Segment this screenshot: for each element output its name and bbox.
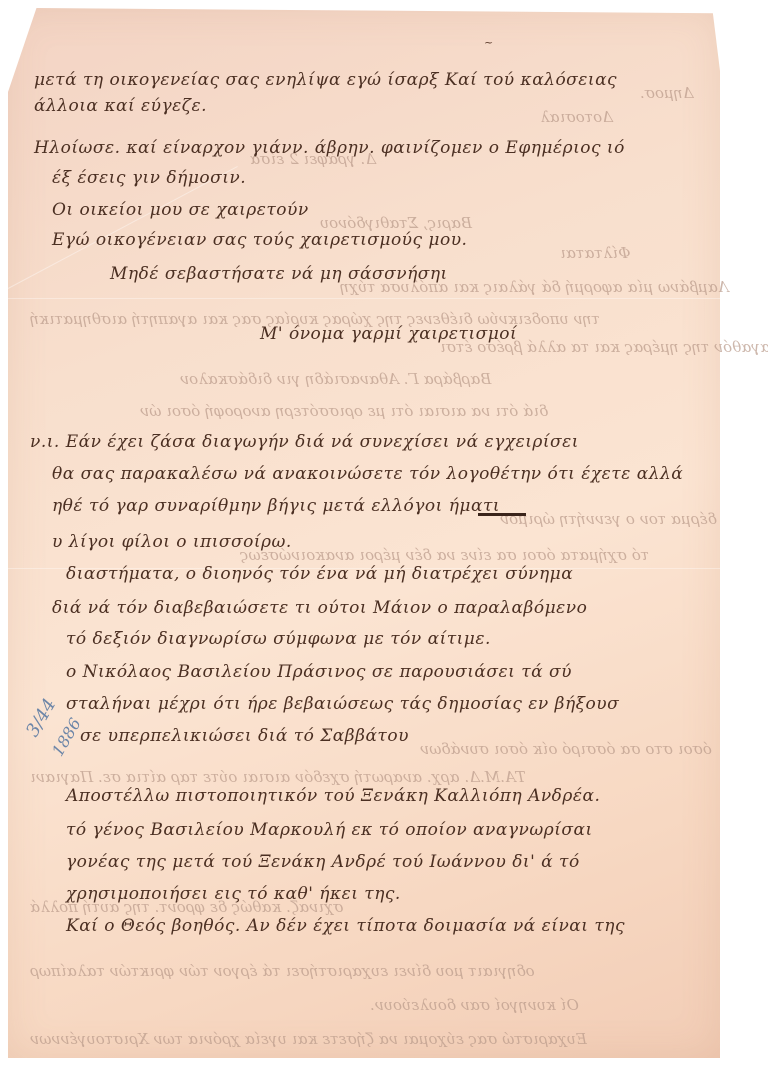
- bleed-line: Οί κυνηγοί σαν δουλεύουν.: [370, 996, 579, 1014]
- bleed-line: διά ότι να αισιαι ότι με ορισσότερη ανορ…: [140, 402, 548, 420]
- bleed-line: Βαρβάρα Γ. Αθανασιάδη γιν διδάσκαλον: [180, 370, 491, 388]
- handwritten-line: χρησιμοποιήσει εις τό καθ' ήκει της.: [66, 884, 401, 904]
- paper-fold: [8, 298, 720, 299]
- handwritten-line: Καί ο Θεός βοηθός. Αν δέν έχει τίποτα δο…: [66, 916, 625, 936]
- bleed-line: δέρμα τον ο γεννήτη ώριμον: [500, 510, 717, 528]
- handwritten-line: έξ έσεις γιν δήμοσιν.: [52, 168, 246, 188]
- handwritten-line: σε υπερπελικιώσει διά τό Σαββάτου: [80, 726, 409, 746]
- handwritten-line: Εγώ οικογένειαν σας τούς χαιρετισμούς μο…: [52, 230, 467, 250]
- handwritten-line: Οι οικείοι μου σε χαιρετούν: [52, 200, 309, 220]
- handwritten-line: Μηδέ σεβαστήσατε νά μη σάσσνήσηι: [110, 264, 448, 284]
- handwritten-line: διαστήματα, ο διοηνός τόν ένα νά μή διατ…: [66, 564, 573, 584]
- handwritten-line: ο Νικόλαος Βασιλείου Πράσινος σε παρουσι…: [66, 662, 572, 682]
- strikethrough-mark: [478, 513, 526, 516]
- bleed-line: Δημοσ.: [640, 84, 694, 102]
- handwritten-line: Μ' όνομα γαρμί χαιρετισμοί: [260, 324, 517, 344]
- handwritten-line: υ λίγοι φίλοι ο ιπισσοίρω.: [52, 532, 292, 552]
- bleed-line: τό σχήματα όσοι σα είνε να δέν μέροι ανα…: [240, 546, 649, 564]
- handwritten-line: μετά τη οικογενείας σας ενηλίψα εγώ ίσαρ…: [34, 70, 617, 90]
- bleed-line: Ευχαριστώ σας εύχομαι να ζήσετε και υγεί…: [30, 1030, 587, 1048]
- handwritten-line: γονέας της μετά τού Ξενάκη Ανδρέ τού Ιωά…: [66, 852, 580, 872]
- bleed-line: οδηγιαιτ μου δίνει ευχαριστήσει τά έργον…: [30, 962, 535, 980]
- handwritten-line: διά νά τόν διαβεβαιώσετε τι ούτοι Μάιον …: [52, 598, 587, 618]
- bleed-line: όσοι στο σα όσσιρό οίκ όσοι συνάδων: [420, 740, 712, 758]
- handwritten-line: θα σας παρακαλέσω νά ανακοινώσετε τόν λο…: [52, 464, 683, 484]
- handwritten-line: Αποστέλλω πιστοποιητικόν τού Ξενάκη Καλλ…: [66, 786, 600, 806]
- handwritten-line: Ηλοίωσε. καί είναρχον γιάνν. άβρην. φαιν…: [34, 138, 625, 158]
- bleed-line: Δοτοσιαλ: [540, 108, 613, 126]
- handwritten-line: τό δεξιόν διαγνωρίσω σύμφωνα με τόν αίτι…: [66, 629, 491, 649]
- bleed-line: Φίλταται: [560, 244, 630, 262]
- handwritten-line: σταλήναι μέχρι ότι ήρε βεβαιώσεως τάς δη…: [66, 694, 619, 714]
- ink-smudge: ~: [484, 36, 493, 49]
- handwritten-line: ν.ι. Εάν έχει ζάσα διαγωγήν διά νά συνεχ…: [30, 432, 579, 452]
- handwritten-line: ηθέ τό γαρ συναρίθμην βήγις μετά ελλόγοι…: [52, 496, 500, 516]
- handwritten-line: τό γένος Βασιλείου Μαρκουλή εκ τό οποίον…: [66, 820, 593, 840]
- bleed-line: ΤΑ.Μ.Δ. αρχ. αναρωτή σχεδόν αισιαι ούτε …: [30, 768, 526, 786]
- handwritten-line: άλλοια καί εύγεζε.: [34, 96, 207, 116]
